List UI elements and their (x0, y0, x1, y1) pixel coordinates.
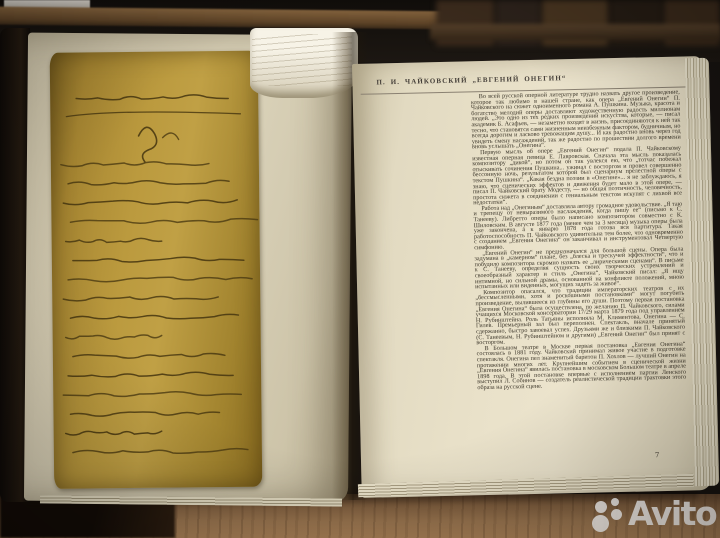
photo-scene: П. И. ЧАЙКОВСКИЙ „ЕВГЕНИЙ ОНЕГИН“ Во все… (0, 0, 720, 538)
paragraph: „Евгений Онегин“ не предназначался для б… (474, 246, 684, 290)
avito-logo-icon (592, 498, 628, 534)
shelf-board-right (430, 24, 720, 40)
avito-watermark: Avito (592, 496, 720, 538)
paragraph: Композитор опасался, что традиции импера… (475, 285, 685, 346)
paragraph: Первую мысль об опере „Евгений Онегин“ п… (472, 145, 682, 206)
manuscript-handwriting (50, 51, 263, 489)
page-number: 7 (655, 451, 660, 459)
paragraph: Работа над „Онегиным“ доставляла автору … (473, 201, 683, 250)
avito-wordmark: Avito (628, 494, 716, 533)
manuscript-gold-plate (50, 51, 263, 489)
left-page (24, 33, 352, 504)
body-text: Во всей русской оперной литературе трудн… (471, 90, 687, 391)
page-title: П. И. ЧАЙКОВСКИЙ „ЕВГЕНИЙ ОНЕГИН“ (376, 74, 566, 86)
paragraph: Во всей русской оперной литературе трудн… (471, 90, 681, 151)
right-page: П. И. ЧАЙКОВСКИЙ „ЕВГЕНИЙ ОНЕГИН“ Во все… (352, 56, 712, 498)
paragraph: В Большом театре в Москве первая постано… (476, 341, 686, 390)
